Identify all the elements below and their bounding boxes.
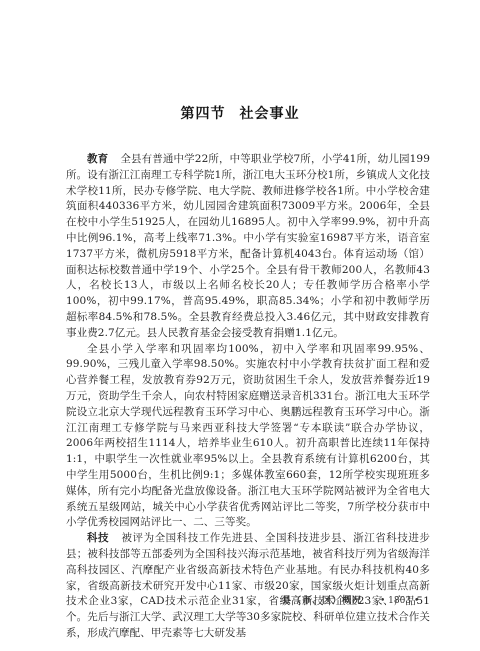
paragraph-education-continued: 全县小学入学率和巩固率均100%，初中入学率和巩固率99.95%、99.90%，…	[66, 342, 430, 532]
paragraph-text: 被评为全国科技工作先进县、全国科技进步县、浙江省科技进步县；被科技部等五部委列为…	[66, 532, 430, 639]
page-footer: 县（市、区）概况• 1803 •	[282, 593, 419, 606]
paragraph-text: 全县小学入学率和巩固率均100%，初中入学率和巩固率99.95%、99.90%，…	[66, 343, 430, 529]
section-heading: 第四节社会事业	[0, 103, 480, 123]
book-title: 县（市、区）概况	[282, 596, 362, 606]
paragraph-text: 全县有普通中学22所，中等职业学校7所，小学41所，幼儿园199所。设有浙江江南…	[66, 153, 430, 339]
paragraph-keyword: 科技	[87, 532, 109, 544]
paragraph-technology: 科技被评为全国科技工作先进县、全国科技进步县、浙江省科技进步县；被科技部等五部委…	[66, 531, 430, 642]
article-body: 教育全县有普通中学22所，中等职业学校7所，小学41所，幼儿园199所。设有浙江…	[66, 152, 430, 642]
paragraph-keyword: 教育	[87, 153, 108, 165]
page-number: • 1803 •	[380, 596, 419, 606]
paragraph-education: 教育全县有普通中学22所，中等职业学校7所，小学41所，幼儿园199所。设有浙江…	[66, 152, 430, 342]
section-title: 社会事业	[240, 106, 300, 122]
section-number: 第四节	[181, 106, 226, 122]
